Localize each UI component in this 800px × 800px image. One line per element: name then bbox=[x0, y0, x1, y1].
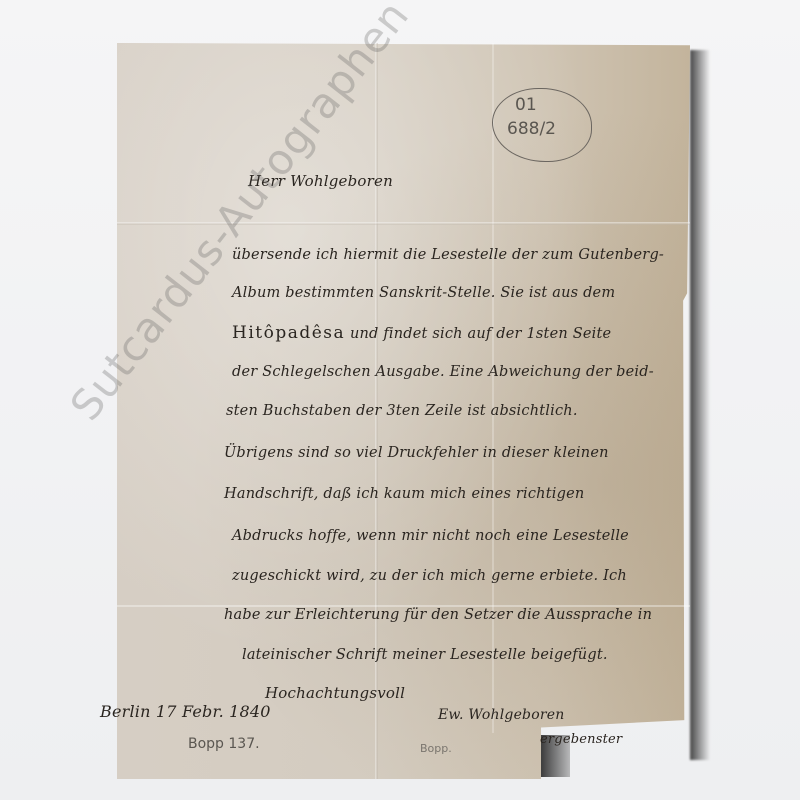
body-line-8: Abdrucks hoffe, wenn mir nicht noch eine… bbox=[232, 528, 629, 544]
body-line-4: der Schlegelschen Ausgabe. Eine Abweichu… bbox=[232, 364, 654, 380]
paper-shadow bbox=[690, 50, 710, 760]
body-line-7: Handschrift, daß ich kaum mich eines ric… bbox=[224, 486, 584, 502]
body-line-2: Album bestimmten Sanskrit-Stelle. Sie is… bbox=[232, 285, 615, 301]
archive-number-line2: 688/2 bbox=[507, 119, 556, 139]
body-line-6: Übrigens sind so viel Druckfehler in die… bbox=[224, 445, 609, 461]
body-line-3: Hitôpadêsa und findet sich auf der 1sten… bbox=[232, 323, 611, 343]
archive-number-line1: 01 bbox=[515, 95, 537, 115]
body-line-9: zugeschickt wird, zu der ich mich gerne … bbox=[232, 568, 627, 584]
closing: Hochachtungsvoll bbox=[265, 684, 405, 702]
pencil-note-bopp: Bopp. bbox=[420, 742, 452, 755]
signature-fragment: ergebenster bbox=[540, 732, 622, 747]
body-line-5: sten Buchstaben der 3ten Zeile ist absic… bbox=[226, 403, 578, 419]
fold-crease-vertical-secondary bbox=[492, 43, 494, 733]
body-line-1: übersende ich hiermit die Lesestelle der… bbox=[232, 247, 664, 263]
body-line-10: habe zur Erleichterung für den Setzer di… bbox=[224, 607, 652, 623]
hitopadesa-word: Hitôpadêsa bbox=[232, 323, 345, 343]
closing-address: Ew. Wohlgeboren bbox=[438, 707, 564, 723]
place-date: Berlin 17 Febr. 1840 bbox=[100, 702, 271, 721]
pencil-note-bopp-137: Bopp 137. bbox=[188, 736, 260, 752]
body-line-3-rest: und findet sich auf der 1sten Seite bbox=[350, 326, 611, 342]
body-line-11: lateinischer Schrift meiner Lesestelle b… bbox=[242, 647, 608, 663]
